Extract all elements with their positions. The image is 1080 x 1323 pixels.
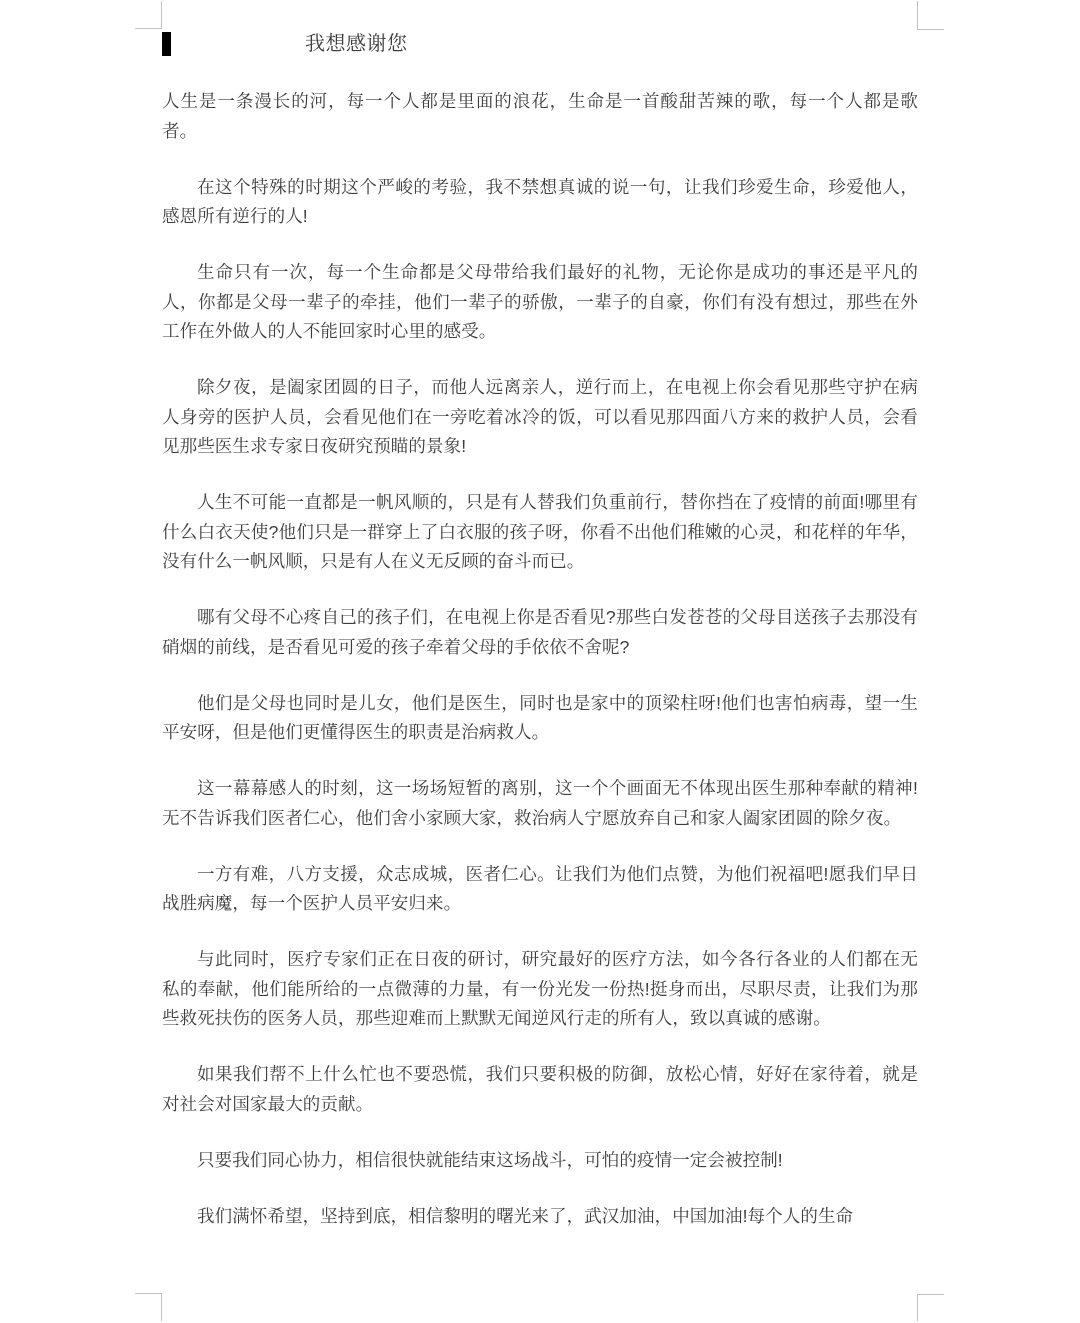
document-page: 我想感谢您 人生是一条漫长的河，每一个人都是里面的浪花，生命是一首酸甜苦辣的歌，… (0, 0, 1080, 1323)
paragraph: 如果我们帮不上什么忙也不要恐慌，我们只要积极的防御，放松心情，好好在家待着，就是… (162, 1060, 918, 1119)
paragraph: 一方有难，八方支援，众志成城，医者仁心。让我们为他们点赞，为他们祝福吧!愿我们早… (162, 860, 918, 919)
crop-mark-bottom-right (917, 1294, 944, 1295)
paragraph: 只要我们同心协力，相信很快就能结束这场战斗，可怕的疫情一定会被控制! (162, 1146, 918, 1176)
crop-mark-bottom-left (135, 1293, 162, 1294)
title-row: 我想感谢您 (162, 32, 918, 56)
paragraph: 哪有父母不心疼自己的孩子们，在电视上你是否看见?那些白发苍苍的父母目送孩子去那没… (162, 603, 918, 662)
text-content-area: 我想感谢您 人生是一条漫长的河，每一个人都是里面的浪花，生命是一首酸甜苦辣的歌，… (162, 0, 918, 1231)
crop-mark-top-left (135, 28, 162, 29)
crop-mark-top-right (917, 29, 944, 30)
document-body: 人生是一条漫长的河，每一个人都是里面的浪花，生命是一首酸甜苦辣的歌，每一个人都是… (162, 87, 918, 1231)
paragraph: 他们是父母也同时是儿女，他们是医生，同时也是家中的顶梁柱呀!他们也害怕病毒，望一… (162, 689, 918, 748)
document-title: 我想感谢您 (305, 32, 408, 56)
paragraph: 这一幕幕感人的时刻，这一场场短暂的离别，这一个个画面无不体现出医生那种奉献的精神… (162, 774, 918, 833)
paragraph: 人生是一条漫长的河，每一个人都是里面的浪花，生命是一首酸甜苦辣的歌，每一个人都是… (162, 87, 918, 146)
paragraph: 与此同时，医疗专家们正在日夜的研讨，研究最好的医疗方法，如今各行各业的人们都在无… (162, 945, 918, 1034)
paragraph: 在这个特殊的时期这个严峻的考验，我不禁想真诚的说一句，让我们珍爱生命，珍爱他人，… (162, 173, 918, 232)
paragraph: 生命只有一次，每一个生命都是父母带给我们最好的礼物，无论你是成功的事还是平凡的人… (162, 258, 918, 347)
crop-mark-bottom-right (917, 1294, 918, 1321)
cursor-block (162, 32, 171, 56)
paragraph: 我们满怀希望，坚持到底，相信黎明的曙光来了，武汉加油，中国加油!每个人的生命 (162, 1202, 918, 1232)
paragraph: 除夕夜，是阖家团圆的日子，而他人远离亲人，逆行而上，在电视上你会看见那些守护在病… (162, 373, 918, 462)
crop-mark-bottom-left (161, 1293, 162, 1321)
paragraph: 人生不可能一直都是一帆风顺的，只是有人替我们负重前行，替你挡在了疫情的前面!哪里… (162, 488, 918, 577)
